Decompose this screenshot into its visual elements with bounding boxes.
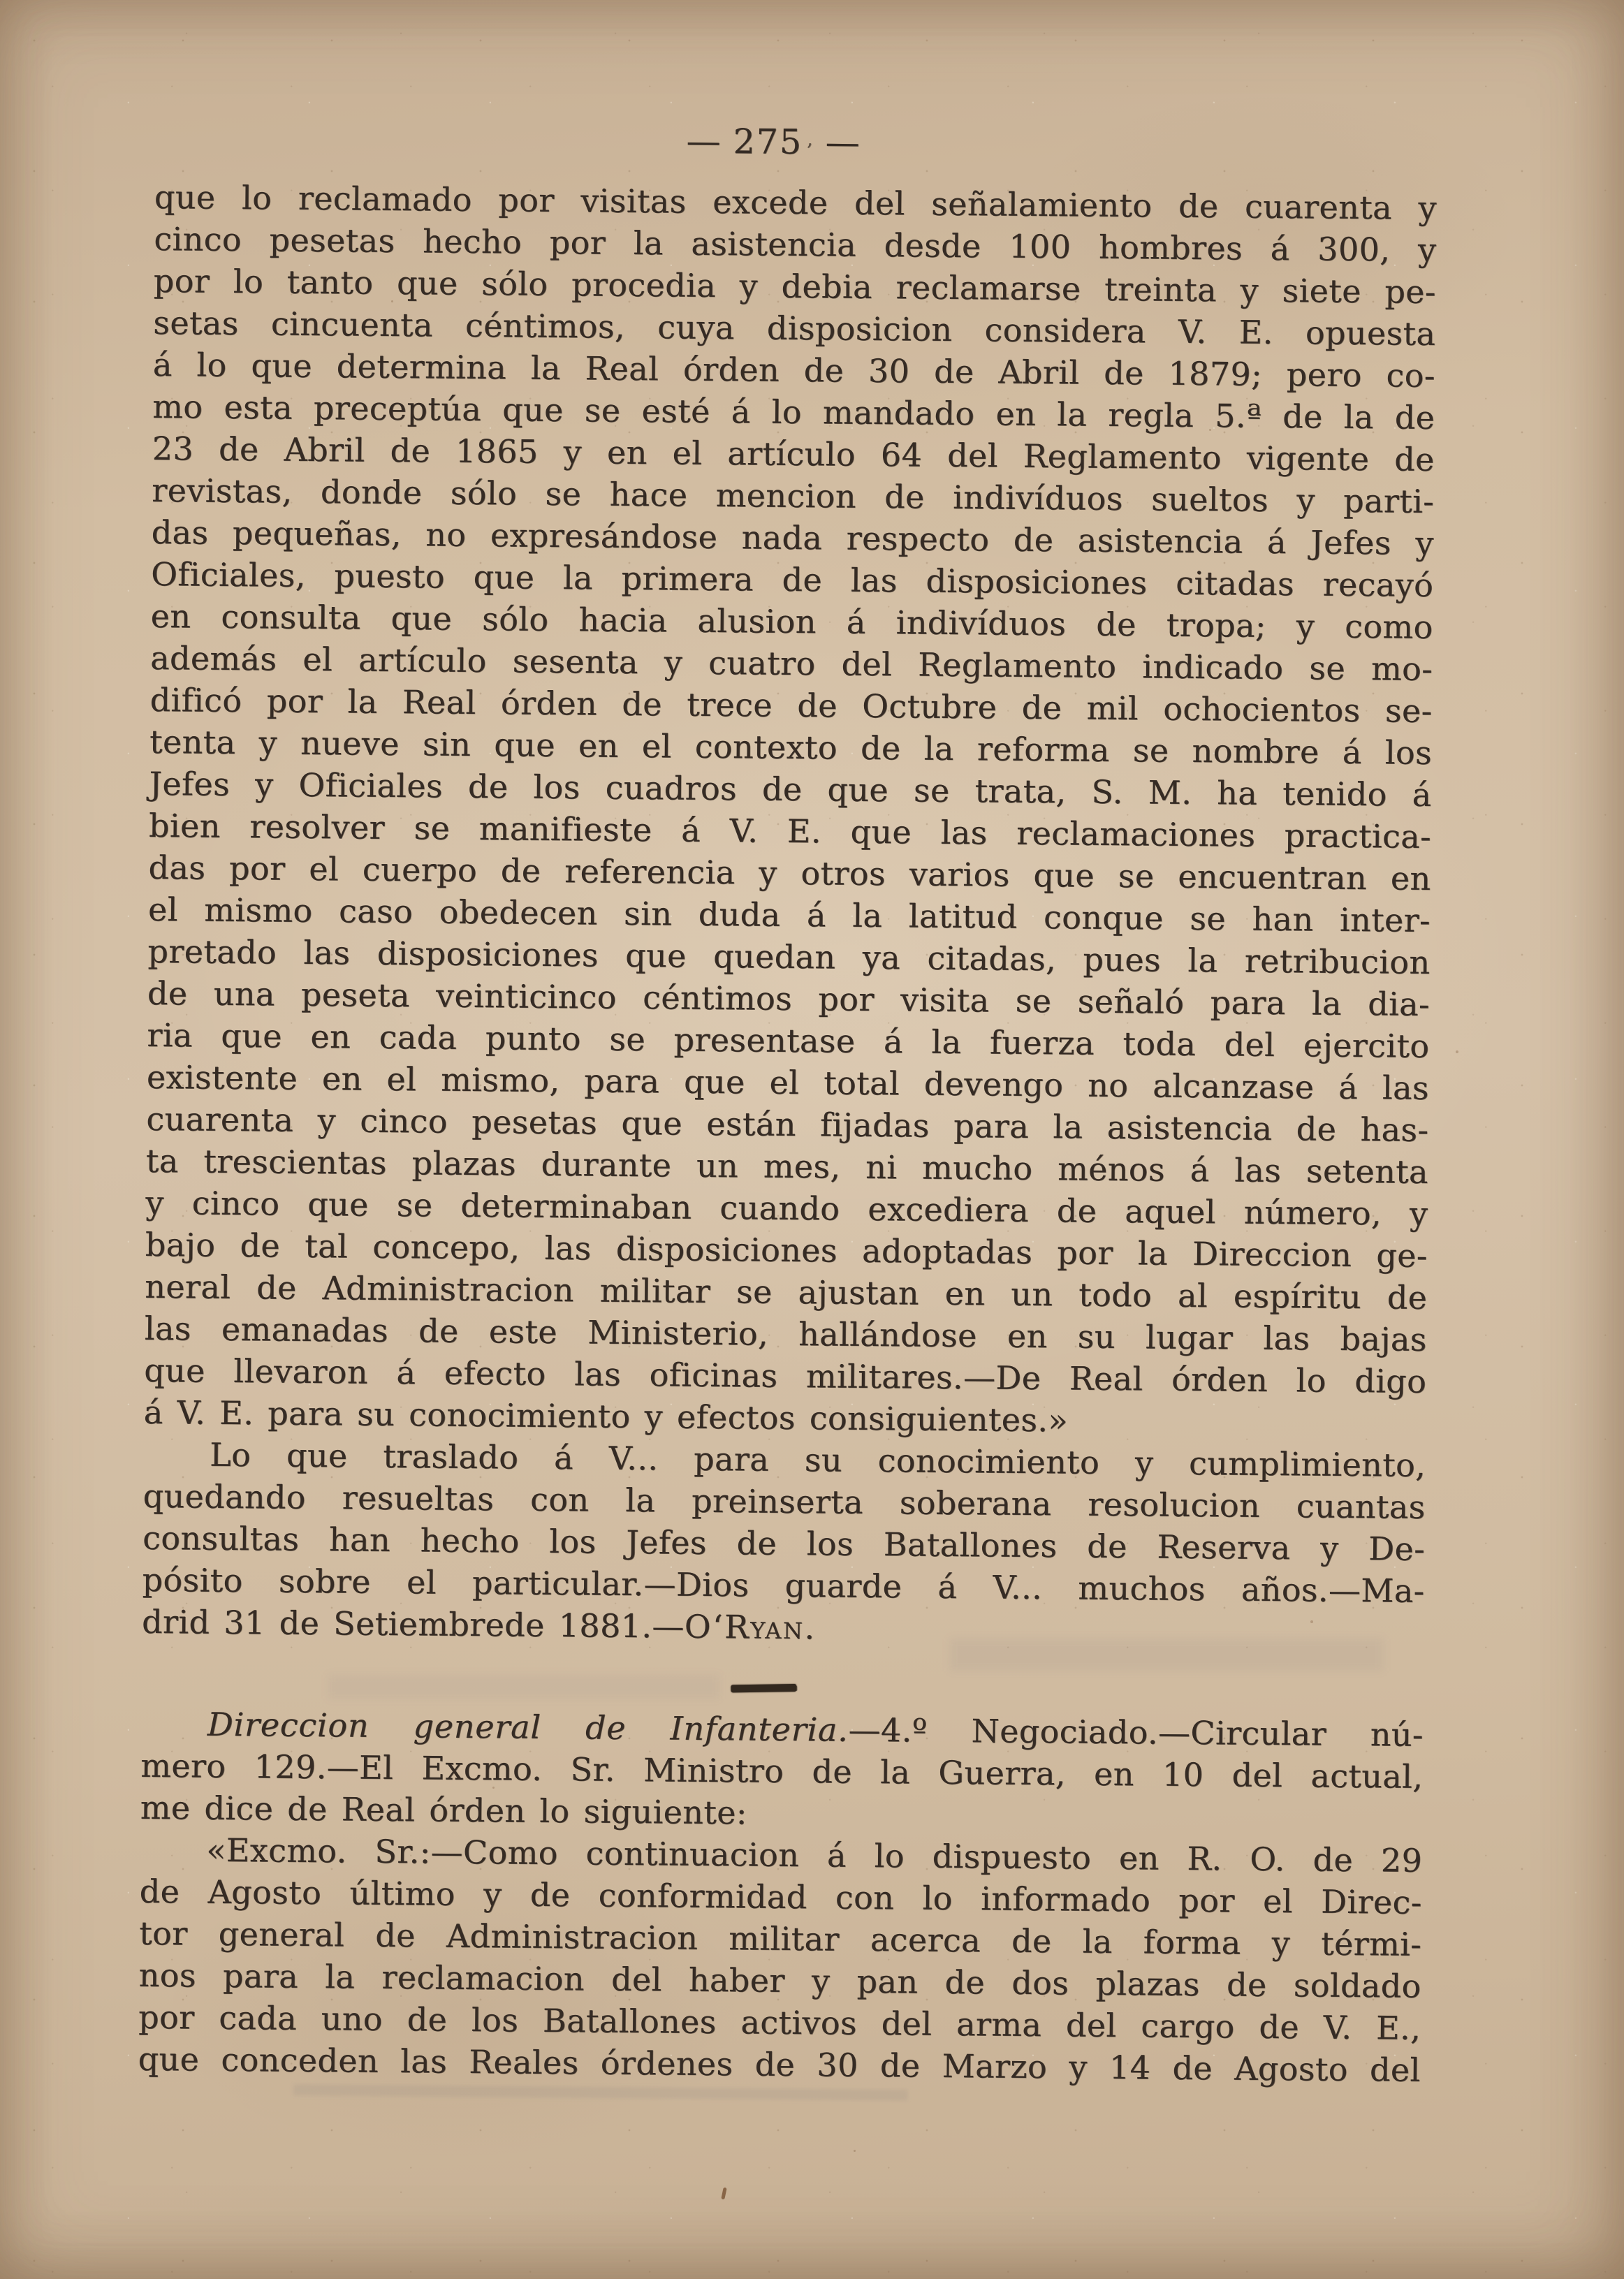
text-block: que lo reclamado por visitas excede del …	[138, 176, 1437, 2091]
ink-speck-mark: ,	[803, 119, 814, 161]
page-number-left-dash: —	[675, 122, 733, 162]
section-divider-row	[141, 1643, 1424, 1714]
section-divider	[731, 1684, 796, 1692]
line-text: me dice de Real órden lo siguiente:	[140, 1789, 747, 1832]
line-text: drid 31 de Setiembrede 1881.—	[142, 1603, 685, 1646]
italic-heading-text: Direccion general de Infanteria.	[207, 1706, 849, 1749]
page-number-right-dash: —	[814, 122, 872, 163]
scanned-book-page: —275,— que lo reclamado por visitas exce…	[0, 0, 1624, 2279]
line-text: á V. E. para su conocimiento y efectos c…	[144, 1393, 1069, 1439]
line-text: —4.º Negociado.—Circular nú-	[848, 1711, 1424, 1754]
page-content: —275,— que lo reclamado por visitas exce…	[138, 116, 1437, 2091]
page-number-value: 275	[733, 122, 803, 162]
smallcaps-signature: O‘Ryan.	[685, 1608, 817, 1647]
